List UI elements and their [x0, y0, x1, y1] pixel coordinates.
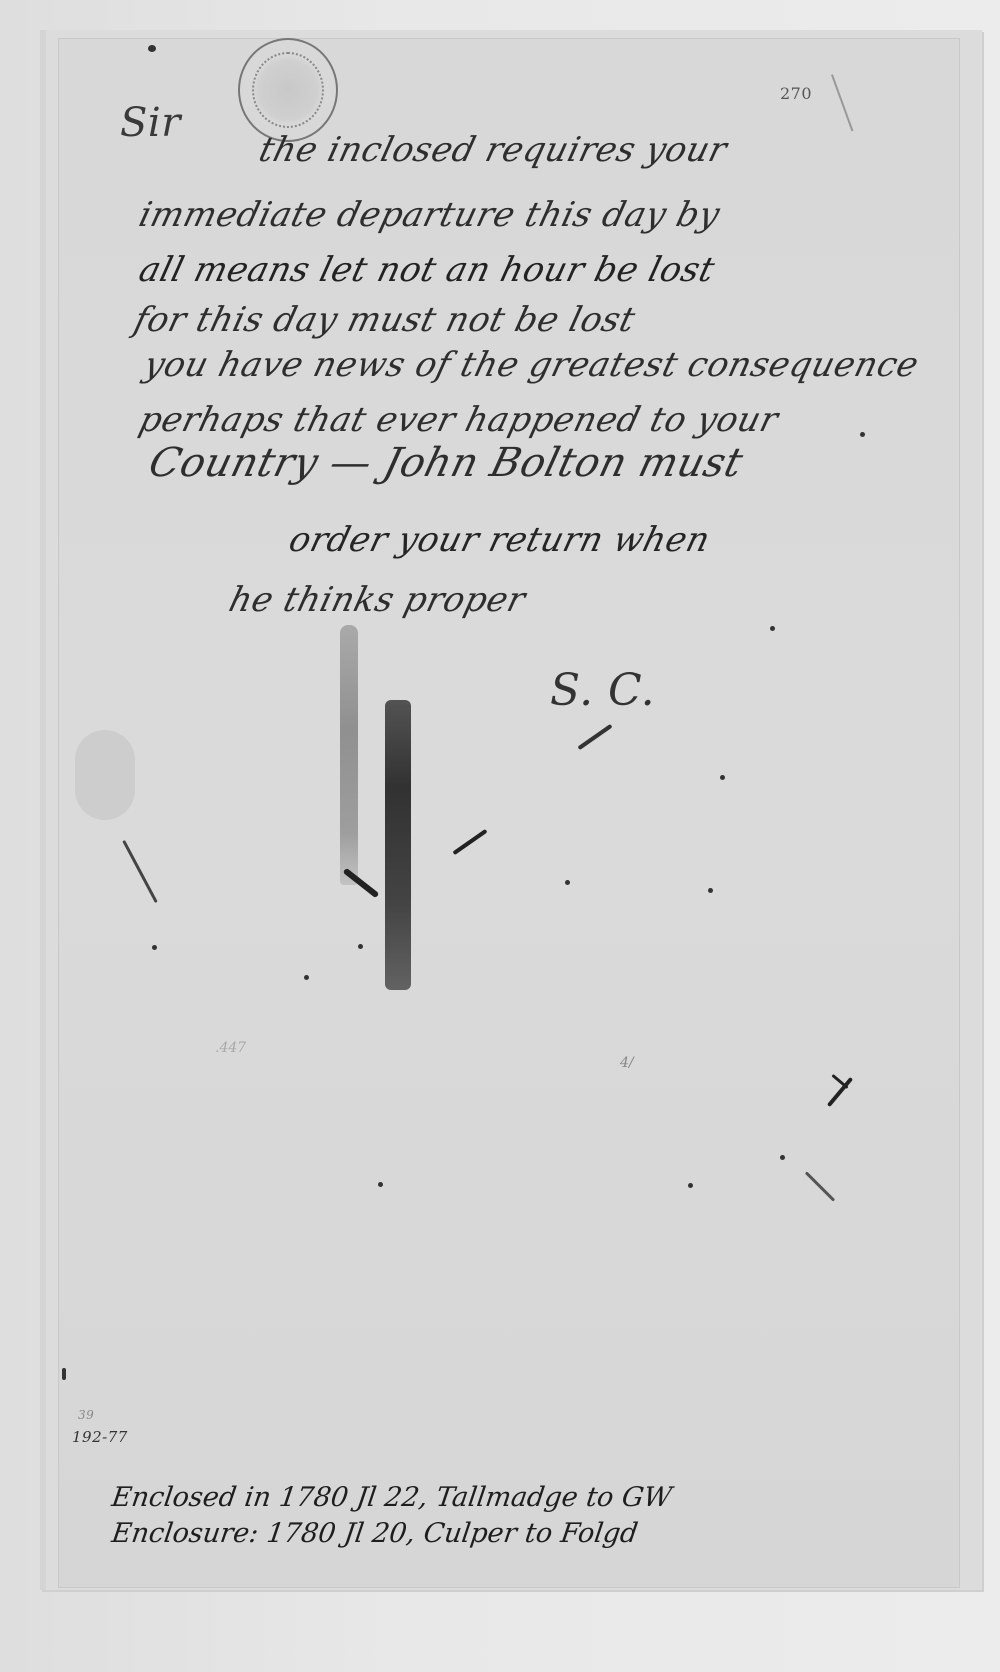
letter-line-3: all means let not an hour be lost: [135, 250, 719, 290]
ink-dot: [378, 1182, 383, 1187]
letter-line-8: order your return when: [285, 520, 714, 560]
letter-line-5: you have news of the greatest consequenc…: [140, 345, 923, 385]
ink-dot: [565, 880, 570, 885]
ink-smudge-light: [340, 625, 358, 885]
archival-small-mark: 39: [78, 1408, 94, 1422]
letter-line-4: for this day must not be lost: [130, 300, 639, 340]
catalog-number: 192-77: [72, 1428, 128, 1446]
library-stamp-icon: [238, 38, 338, 142]
annotation-line-1: Enclosed in 1780 Jl 22, Tallmadge to GW: [110, 1482, 674, 1513]
letter-line-6: perhaps that ever happened to your: [135, 400, 782, 440]
page-number: 270: [780, 84, 812, 103]
signature: S. C.: [550, 665, 655, 716]
letter-line-9: he thinks proper: [225, 580, 530, 620]
ink-dot: [152, 945, 157, 950]
ink-dot: [304, 975, 309, 980]
ink-dot: [358, 944, 363, 949]
ink-dot: [860, 432, 865, 437]
ink-smudge-dark: [385, 700, 411, 990]
letter-line-7: Country — John Bolton must: [144, 440, 747, 486]
letter-line-1: the inclosed requires your: [255, 130, 731, 170]
ink-dot: [780, 1155, 785, 1160]
annotation-line-2: Enclosure: 1780 Jl 20, Culper to Folgd: [110, 1518, 640, 1549]
letter-line-2: immediate departure this day by: [135, 195, 724, 235]
salutation: Sir: [120, 100, 181, 146]
ink-dot: [148, 45, 156, 52]
ink-dot: [720, 775, 725, 780]
faint-mark-center: 4/: [620, 1055, 634, 1071]
ink-dot: [708, 888, 713, 893]
ink-dot: [62, 1368, 66, 1380]
ink-dot: [688, 1183, 693, 1188]
paper-stain: [75, 730, 135, 820]
ink-dot: [770, 626, 775, 631]
faint-mark-left: .447: [215, 1040, 246, 1056]
